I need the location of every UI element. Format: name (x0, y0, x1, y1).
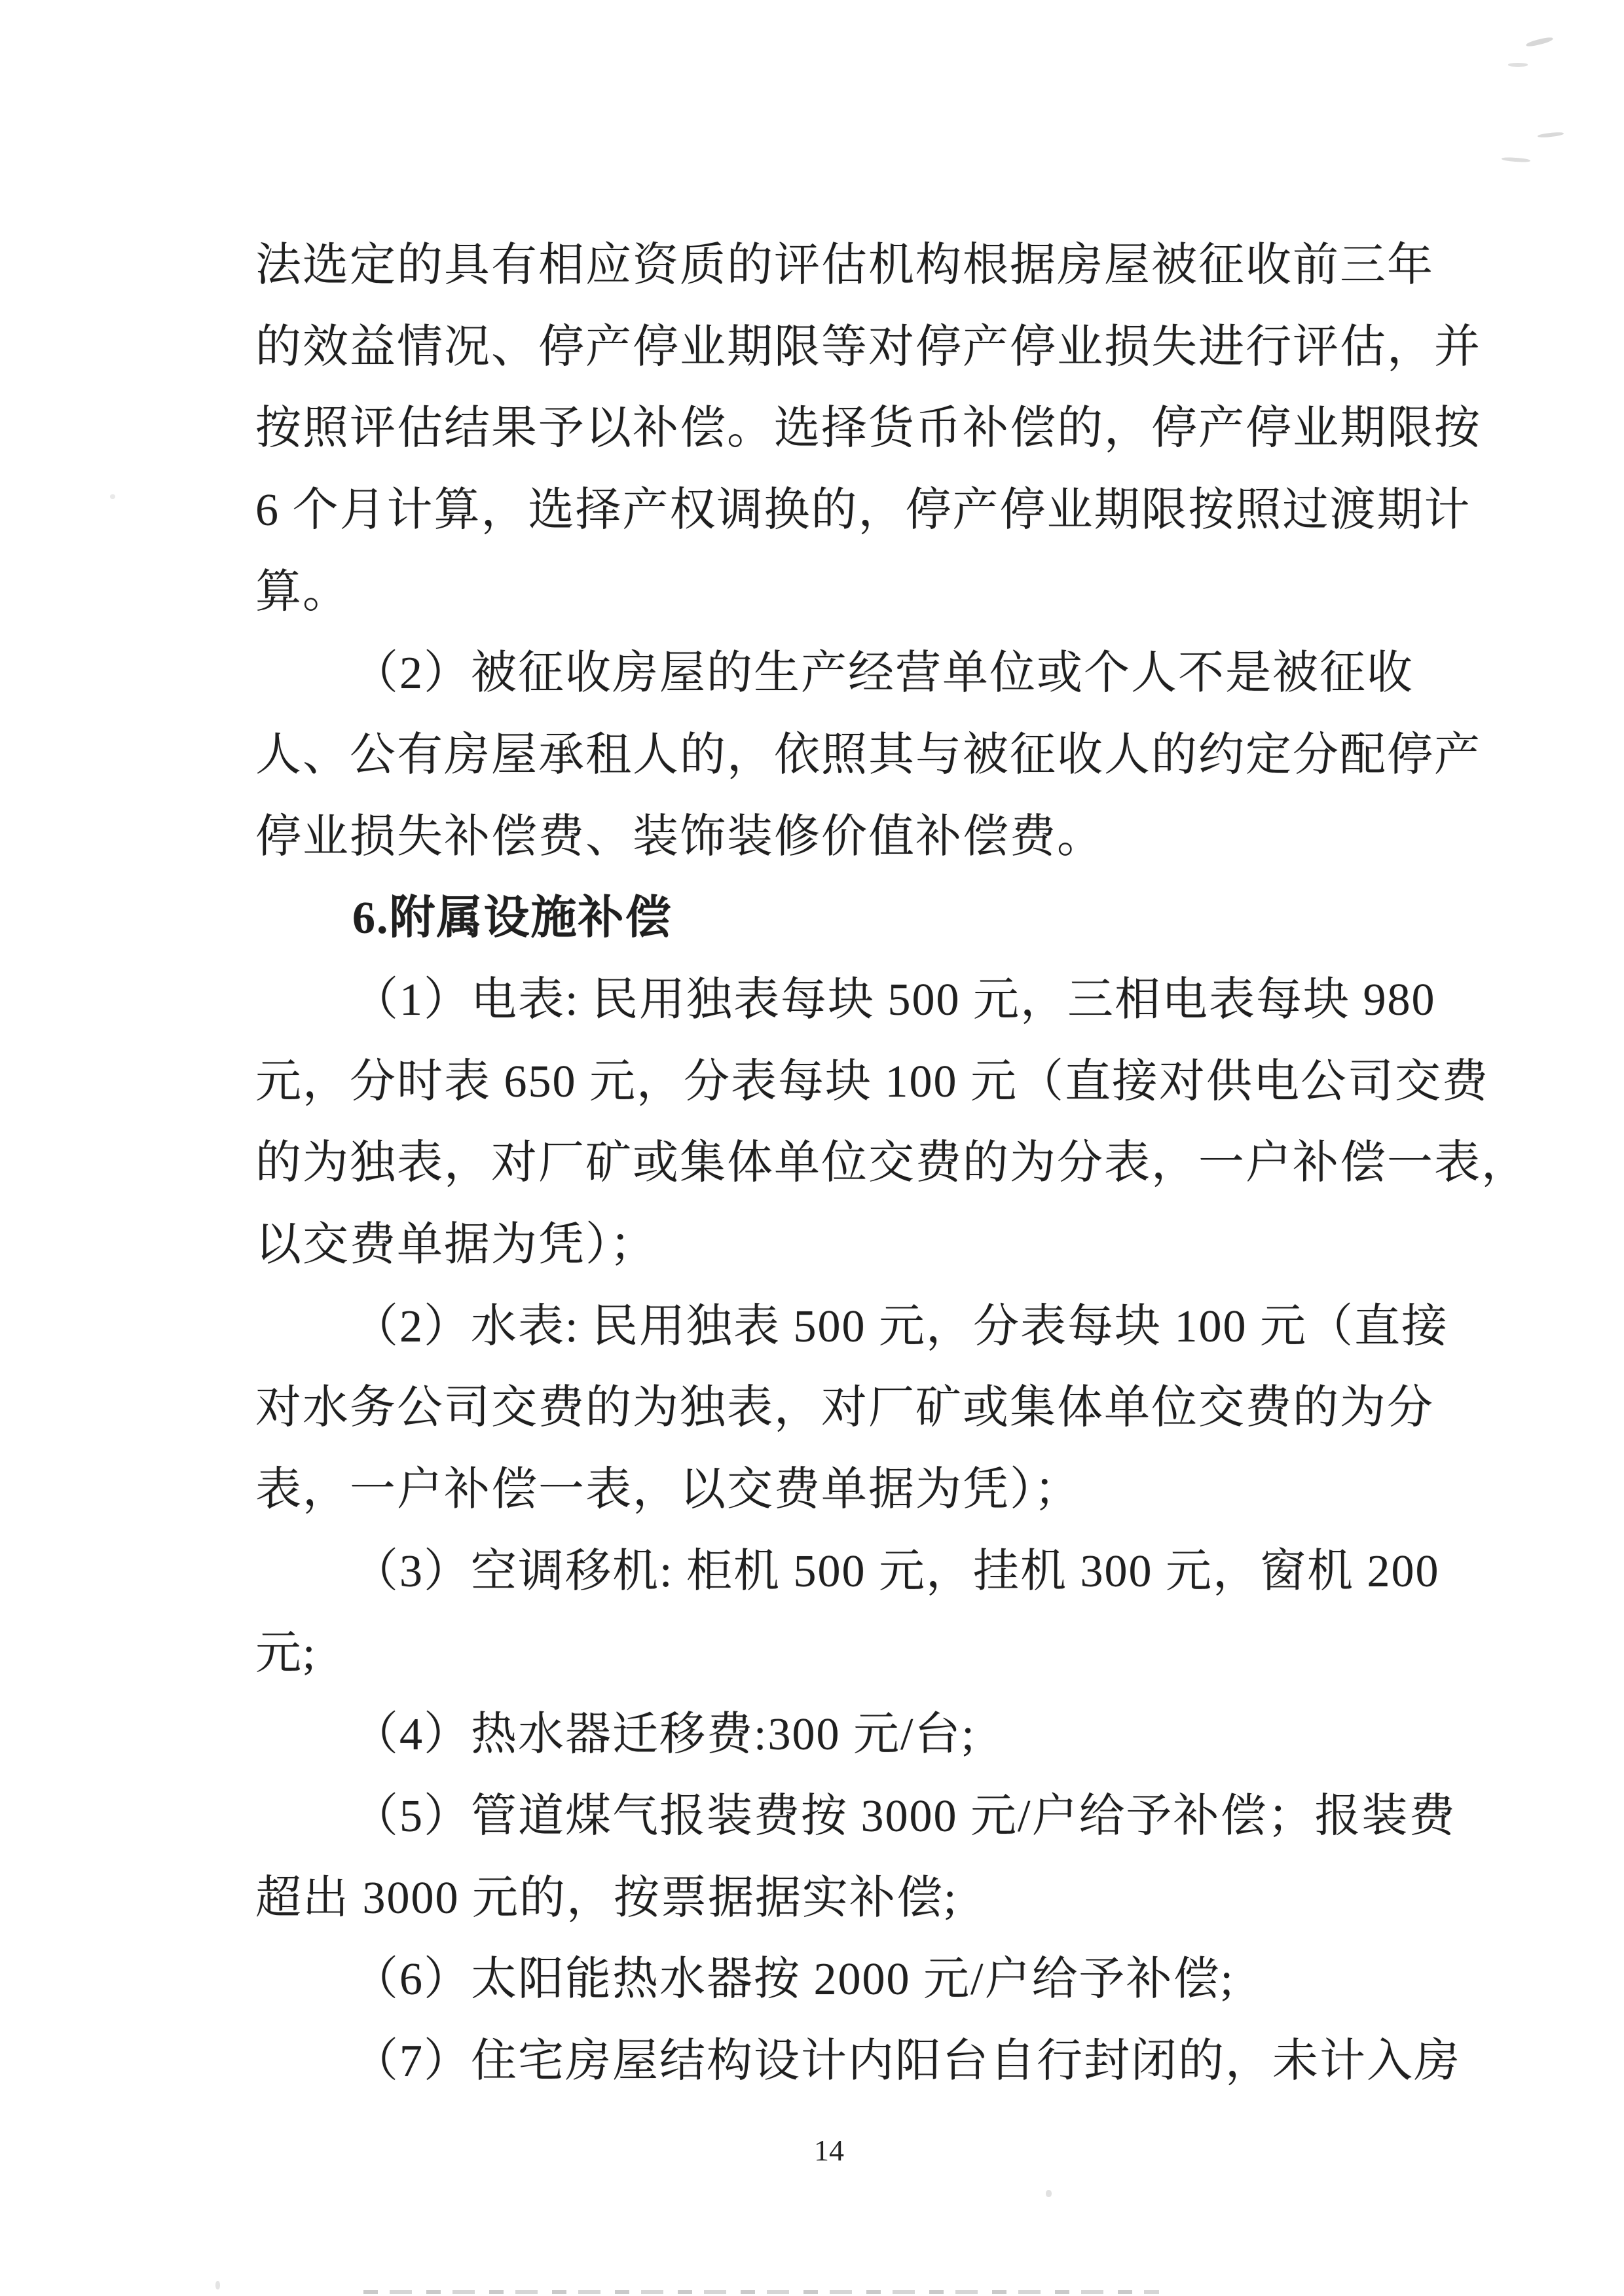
text-line: 按照评估结果予以补偿。选择货币补偿的，停产停业期限按 (255, 383, 1388, 465)
text-line: （4）热水器迁移费:300 元/台; (255, 1689, 1388, 1771)
text-line: 对水务公司交费的为独表，对厂矿或集体单位交费的为分 (255, 1363, 1388, 1445)
text-line: 的为独表，对厂矿或集体单位交费的为分表，一户补偿一表， (255, 1118, 1388, 1200)
text-line: （3）空调移机: 柜机 500 元，挂机 300 元，窗机 200 (255, 1526, 1388, 1608)
text-line: 人、公有房屋承租人的，依照其与被征收人的约定分配停产 (255, 710, 1388, 792)
scan-artifact (215, 2281, 220, 2289)
scan-artifact (1508, 63, 1528, 67)
text-line: 表，一户补偿一表，以交费单据为凭）； (255, 1444, 1388, 1526)
text-line: 法选定的具有相应资质的评估机构根据房屋被征收前三年 (255, 220, 1388, 302)
section-heading: 6.附属设施补偿 (255, 873, 1388, 955)
text-line: 算。 (255, 547, 1388, 629)
text-line: 6 个月计算，选择产权调换的，停产停业期限按照过渡期计 (255, 465, 1388, 547)
text-line: （6）太阳能热水器按 2000 元/户给予补偿; (255, 1934, 1388, 2016)
text-line: （2）被征收房屋的生产经营单位或个人不是被征收 (255, 628, 1388, 710)
text-line: 超出 3000 元的，按票据据实补偿; (255, 1853, 1388, 1935)
text-line: 以交费单据为凭）； (255, 1199, 1388, 1281)
scan-artifact (1502, 156, 1530, 162)
text-line: （2）水表: 民用独表 500 元，分表每块 100 元（直接 (255, 1281, 1388, 1363)
scan-artifact (110, 494, 115, 499)
scan-edge-bleed (363, 2290, 1159, 2294)
text-line: （1）电表: 民用独表每块 500 元，三相电表每块 980 (255, 955, 1388, 1036)
text-line: 的效益情况、停产停业期限等对停产停业损失进行评估，并 (255, 302, 1388, 384)
text-line: 元; (255, 1608, 1388, 1690)
text-line: 停业损失补偿费、装饰装修价值补偿费。 (255, 792, 1388, 873)
scan-artifact (1538, 132, 1564, 138)
text-line: （5）管道煤气报装费按 3000 元/户给予补偿；报装费 (255, 1771, 1388, 1853)
text-line: （7）住宅房屋结构设计内阳台自行封闭的，未计入房 (255, 2016, 1388, 2098)
text-line: 元，分时表 650 元，分表每块 100 元（直接对供电公司交费 (255, 1036, 1388, 1118)
scan-artifact (1046, 2190, 1052, 2197)
page-number: 14 (17, 2133, 1624, 2168)
document-page: 法选定的具有相应资质的评估机构根据房屋被征收前三年 的效益情况、停产停业期限等对… (0, 0, 1624, 2296)
scan-artifact (1526, 36, 1554, 48)
text-block: 法选定的具有相应资质的评估机构根据房屋被征收前三年 的效益情况、停产停业期限等对… (255, 220, 1388, 2098)
